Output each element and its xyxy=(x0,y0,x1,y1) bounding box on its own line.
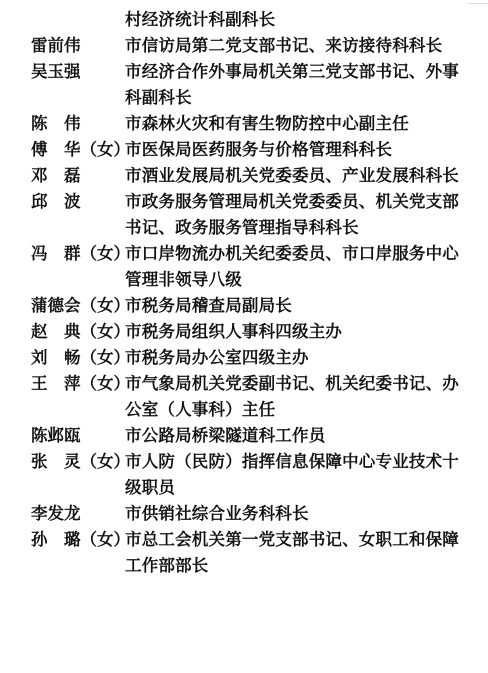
position-line: 市医保局医药服务与价格管理科科长 xyxy=(125,137,465,163)
position-description: 市公路局桥梁隧道科工作员 xyxy=(125,423,465,449)
list-item: 李发龙 市供销社综合业务科科长 xyxy=(0,501,488,527)
list-item: 张 灵（女） 市人防（民防）指挥信息保障中心专业技术十 级职员 xyxy=(0,449,488,501)
position-description: 村经济统计科副科长 xyxy=(125,7,465,33)
position-line: 市气象局机关党委副书记、机关纪委书记、办 xyxy=(125,371,465,397)
position-line: 市税务局办公室四级主办 xyxy=(125,345,465,371)
person-name: 吴玉强 xyxy=(0,59,125,85)
position-description: 市税务局组织人事科四级主办 xyxy=(125,319,465,345)
list-item: 赵 典（女） 市税务局组织人事科四级主办 xyxy=(0,319,488,345)
list-item: 孙 璐（女） 市总工会机关第一党支部书记、女职工和保障 工作部部长 xyxy=(0,527,488,579)
person-name: 傅 华（女） xyxy=(0,137,125,163)
position-description: 市医保局医药服务与价格管理科科长 xyxy=(125,137,465,163)
position-description: 市供销社综合业务科科长 xyxy=(125,501,465,527)
person-name: 蒲德会（女） xyxy=(0,293,125,319)
position-line: 市信访局第二党支部书记、来访接待科科长 xyxy=(125,33,465,59)
position-line: 市供销社综合业务科科长 xyxy=(125,501,465,527)
position-line: 级职员 xyxy=(125,475,465,501)
person-name: 孙 璐（女） xyxy=(0,527,125,553)
list-item: 吴玉强 市经济合作外事局机关第三党支部书记、外事 科副科长 xyxy=(0,59,488,111)
position-line: 工作部部长 xyxy=(125,553,465,579)
position-line: 市税务局稽查局副局长 xyxy=(125,293,465,319)
position-description: 市信访局第二党支部书记、来访接待科科长 xyxy=(125,33,465,59)
position-line: 管理非领导八级 xyxy=(125,267,465,293)
position-line: 村经济统计科副科长 xyxy=(125,7,465,33)
person-name: 张 灵（女） xyxy=(0,449,125,475)
page-edge-artifact xyxy=(468,0,488,4)
appointment-list: 村经济统计科副科长 雷前伟 市信访局第二党支部书记、来访接待科科长 吴玉强 市经… xyxy=(0,7,488,579)
list-item: 陈邺瓯 市公路局桥梁隧道科工作员 xyxy=(0,423,488,449)
position-description: 市税务局办公室四级主办 xyxy=(125,345,465,371)
position-description: 市口岸物流办机关纪委委员、市口岸服务中心 管理非领导八级 xyxy=(125,241,465,293)
position-line: 市口岸物流办机关纪委委员、市口岸服务中心 xyxy=(125,241,465,267)
position-line: 市人防（民防）指挥信息保障中心专业技术十 xyxy=(125,449,465,475)
position-description: 市酒业发展局机关党委委员、产业发展科科长 xyxy=(125,163,465,189)
person-name: 李发龙 xyxy=(0,501,125,527)
position-line: 市公路局桥梁隧道科工作员 xyxy=(125,423,465,449)
position-line: 市酒业发展局机关党委委员、产业发展科科长 xyxy=(125,163,465,189)
person-name: 刘 畅（女） xyxy=(0,345,125,371)
person-name: 冯 群（女） xyxy=(0,241,125,267)
position-description: 市税务局稽查局副局长 xyxy=(125,293,465,319)
position-line: 公室（人事科）主任 xyxy=(125,397,465,423)
position-description: 市森林火灾和有害生物防控中心副主任 xyxy=(125,111,465,137)
person-name: 雷前伟 xyxy=(0,33,125,59)
position-description: 市经济合作外事局机关第三党支部书记、外事 科副科长 xyxy=(125,59,465,111)
person-name: 邓 磊 xyxy=(0,163,125,189)
list-item: 刘 畅（女） 市税务局办公室四级主办 xyxy=(0,345,488,371)
person-name: 赵 典（女） xyxy=(0,319,125,345)
position-description: 市人防（民防）指挥信息保障中心专业技术十 级职员 xyxy=(125,449,465,501)
list-item: 邓 磊 市酒业发展局机关党委委员、产业发展科科长 xyxy=(0,163,488,189)
person-name: 王 萍（女） xyxy=(0,371,125,397)
position-description: 市气象局机关党委副书记、机关纪委书记、办 公室（人事科）主任 xyxy=(125,371,465,423)
position-line: 市税务局组织人事科四级主办 xyxy=(125,319,465,345)
position-line: 市政务服务管理局机关党委委员、机关党支部 xyxy=(125,189,465,215)
list-item: 傅 华（女） 市医保局医药服务与价格管理科科长 xyxy=(0,137,488,163)
list-item: 邱 波 市政务服务管理局机关党委委员、机关党支部 书记、政务服务管理指导科科长 xyxy=(0,189,488,241)
position-line: 书记、政务服务管理指导科科长 xyxy=(125,215,465,241)
list-item: 王 萍（女） 市气象局机关党委副书记、机关纪委书记、办 公室（人事科）主任 xyxy=(0,371,488,423)
position-line: 市森林火灾和有害生物防控中心副主任 xyxy=(125,111,465,137)
person-name: 邱 波 xyxy=(0,189,125,215)
list-item: 陈 伟 市森林火灾和有害生物防控中心副主任 xyxy=(0,111,488,137)
list-item: 村经济统计科副科长 xyxy=(0,7,488,33)
person-name: 陈邺瓯 xyxy=(0,423,125,449)
position-line: 市总工会机关第一党支部书记、女职工和保障 xyxy=(125,527,465,553)
position-description: 市总工会机关第一党支部书记、女职工和保障 工作部部长 xyxy=(125,527,465,579)
list-item: 冯 群（女） 市口岸物流办机关纪委委员、市口岸服务中心 管理非领导八级 xyxy=(0,241,488,293)
person-name: 陈 伟 xyxy=(0,111,125,137)
list-item: 蒲德会（女） 市税务局稽查局副局长 xyxy=(0,293,488,319)
position-line: 科副科长 xyxy=(125,85,465,111)
position-line: 市经济合作外事局机关第三党支部书记、外事 xyxy=(125,59,465,85)
list-item: 雷前伟 市信访局第二党支部书记、来访接待科科长 xyxy=(0,33,488,59)
position-description: 市政务服务管理局机关党委委员、机关党支部 书记、政务服务管理指导科科长 xyxy=(125,189,465,241)
